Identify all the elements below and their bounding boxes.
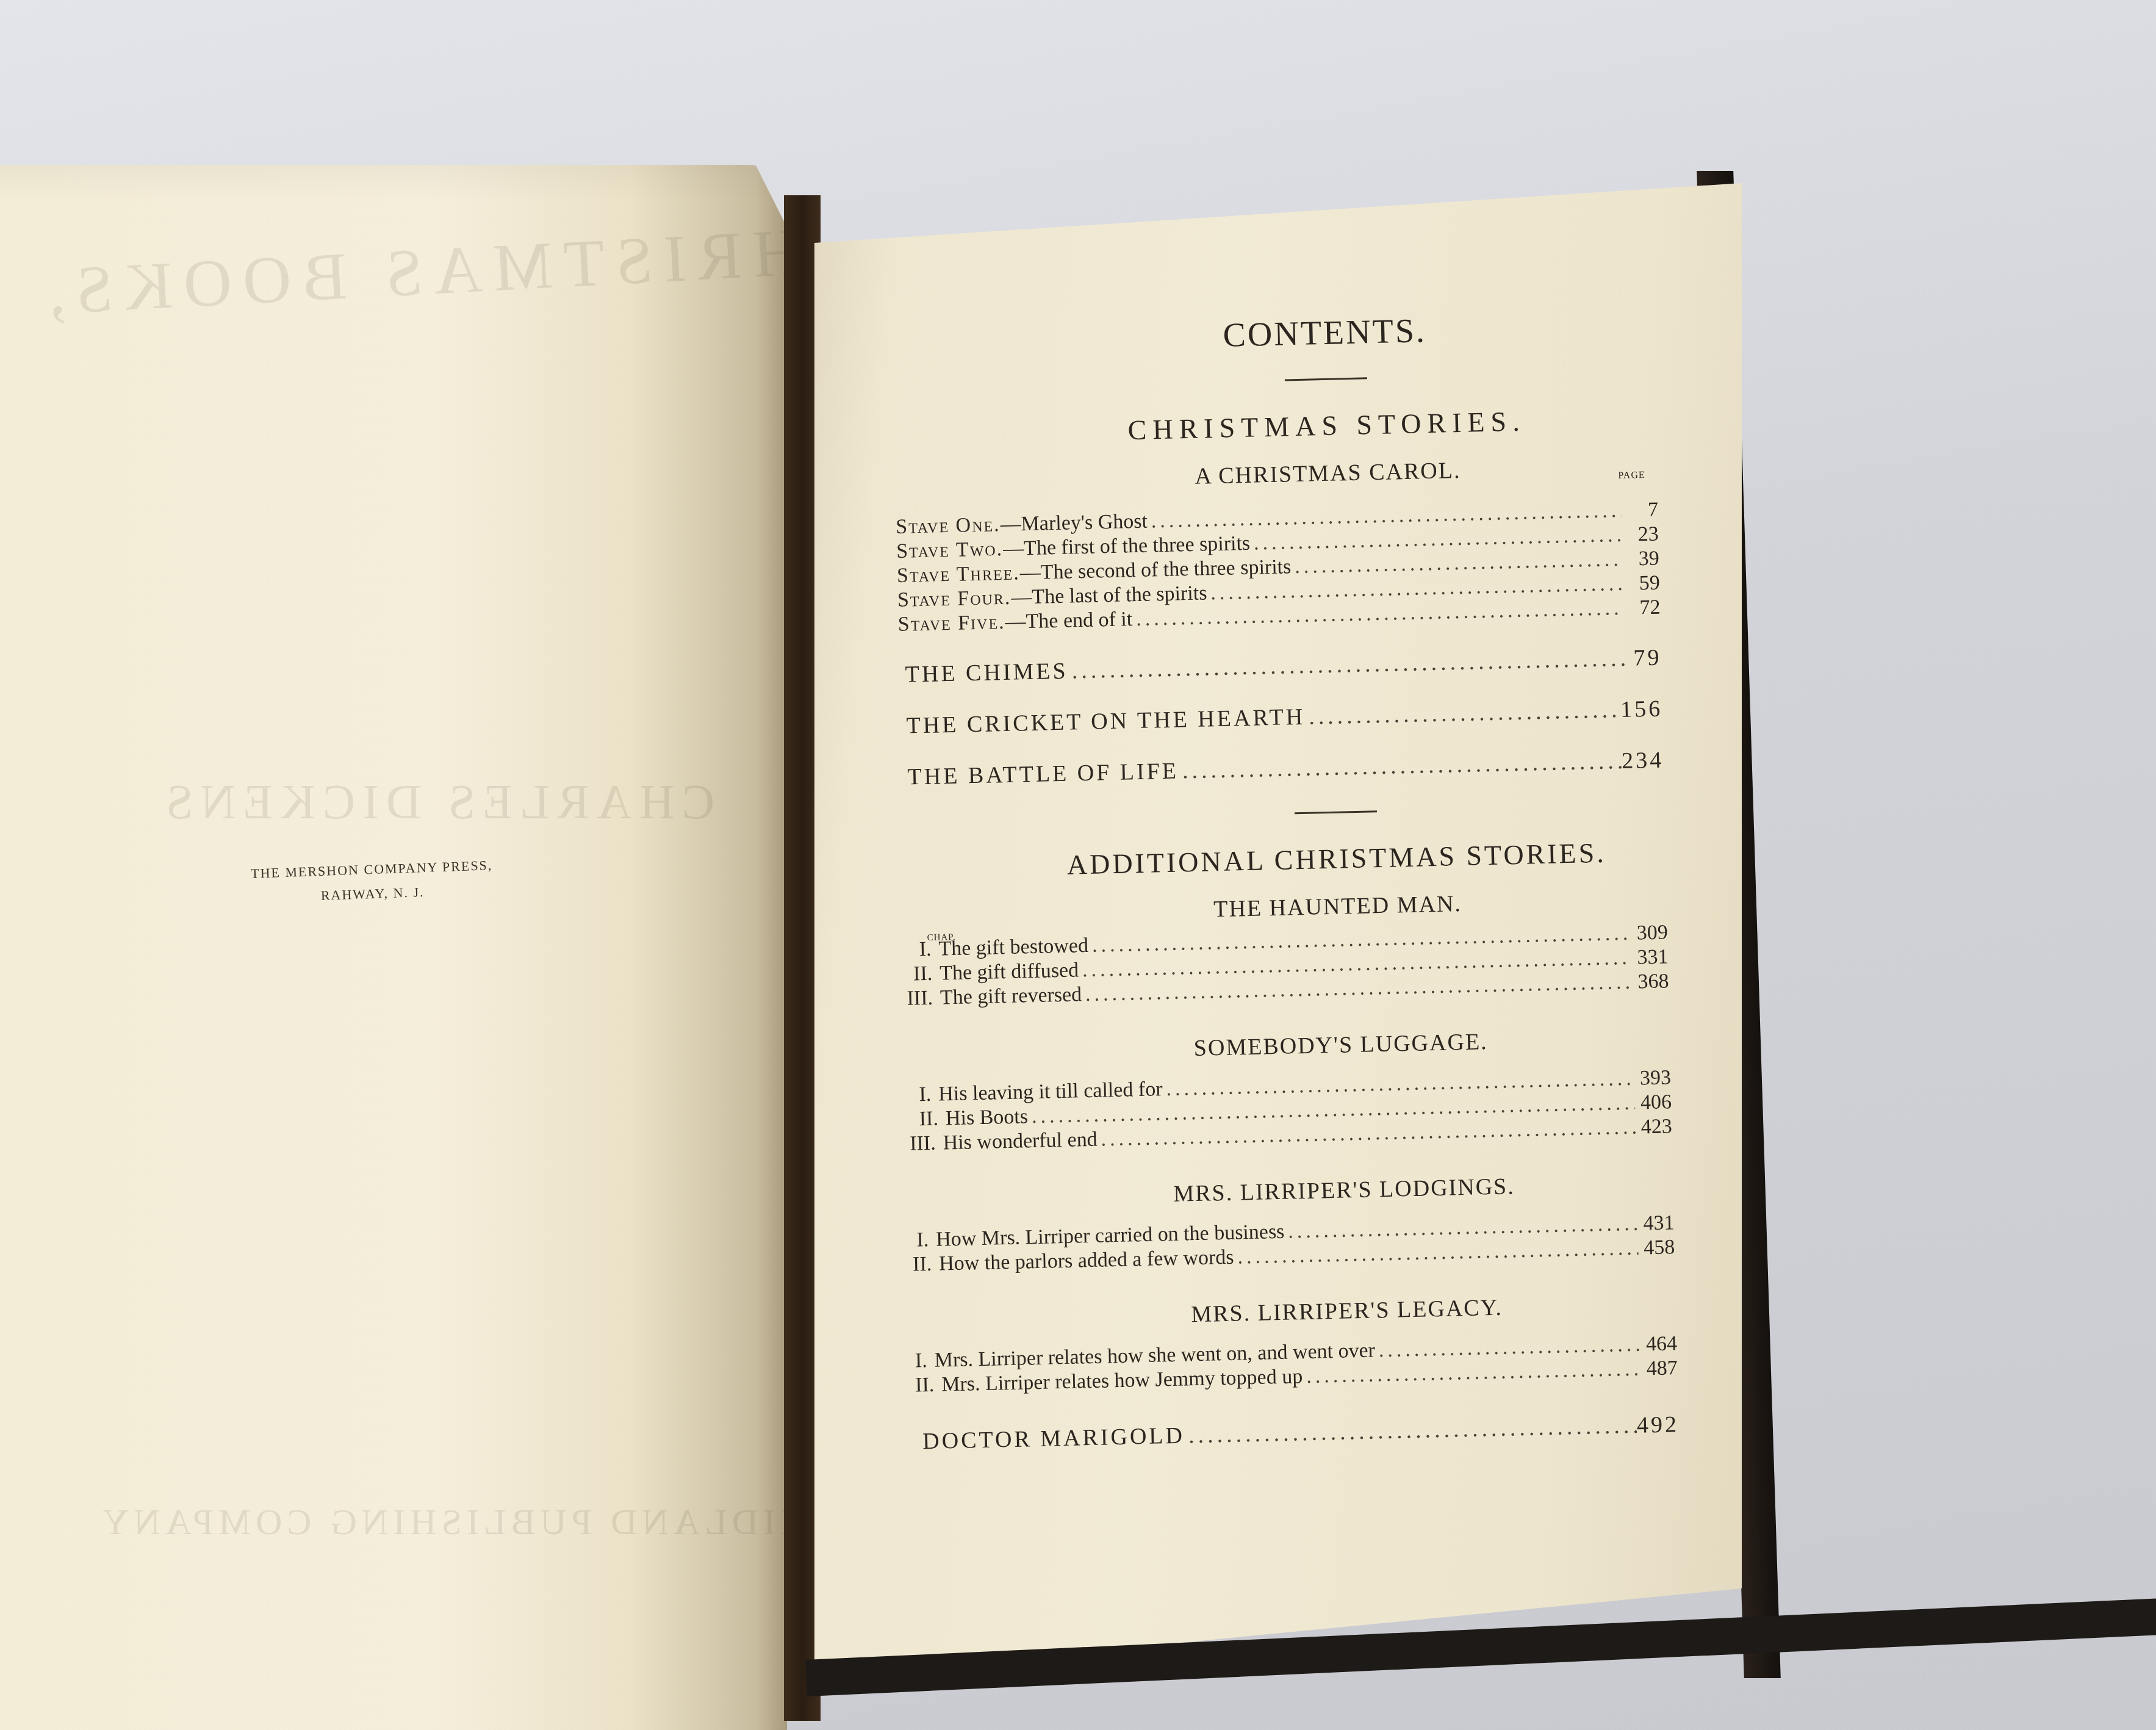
chapter-numeral: III. (906, 986, 940, 1011)
page-number: 458 (1638, 1235, 1675, 1260)
entry-title: —The last of the spirits (1011, 582, 1207, 608)
page-number: 234 (1622, 746, 1664, 774)
leader-dots (1068, 645, 1625, 685)
page-number: 7 (1621, 498, 1658, 523)
show-through-publisher: MIDLAND PUBLISHING COMPANY (98, 1501, 813, 1543)
stave-label: Stave Five. (897, 611, 1005, 636)
page-number: 487 (1640, 1356, 1678, 1381)
work-title-christmas-carol: A CHRISTMAS CAROL. PAGE (894, 450, 1761, 497)
lirriper-lodgings-entries: I. How Mrs. Lirriper carried on the busi… (911, 1208, 1778, 1277)
entry-title: —The end of it (1005, 608, 1132, 633)
stave-label: Stave Two. (896, 538, 1004, 563)
page-number: 464 (1640, 1332, 1678, 1357)
page-number: 59 (1623, 571, 1660, 596)
entry-title: —Marley's Ghost (1000, 510, 1148, 536)
page-number: 431 (1637, 1211, 1675, 1236)
page-number: 331 (1631, 945, 1669, 970)
page-number: 368 (1632, 969, 1669, 994)
toc-entry-cricket[interactable]: THE CRICKET ON THE HEARTH 156 (906, 695, 1663, 739)
section-heading-christmas-stories: CHRISTMAS STORIES. (893, 400, 1760, 452)
divider-rule (1284, 377, 1367, 381)
entry-title: THE CRICKET ON THE HEARTH (906, 704, 1305, 740)
toc-entry-battle-of-life[interactable]: THE BATTLE OF LIFE 234 (907, 746, 1664, 790)
stave-label: Stave Three. (897, 561, 1020, 587)
entry-title: THE BATTLE OF LIFE (907, 757, 1179, 790)
work-title-lirriper-lodgings: MRS. LIRRIPER'S LODGINGS. (911, 1167, 1778, 1213)
chapter-numeral: III. (910, 1131, 943, 1156)
chapter-numeral: II. (912, 1252, 939, 1277)
printer-imprint: THE MERSHON COMPANY PRESS, RAHWAY, N. J. (225, 852, 519, 912)
page-column-label: PAGE (1618, 470, 1645, 481)
page-number: 423 (1635, 1114, 1672, 1139)
section-heading-additional-stories: ADDITIONAL CHRISTMAS STORIES. (903, 833, 1770, 885)
entry-title: His wonderful end (943, 1128, 1098, 1156)
stave-label: Stave Four. (897, 586, 1012, 611)
stave-label: Stave One. (896, 513, 1001, 538)
entry-title: His Boots (945, 1105, 1028, 1131)
left-page: CHRISTMAS BOOKS, CHARLES DICKENS MIDLAND… (0, 165, 787, 1730)
entry-title: THE CHIMES (905, 658, 1068, 688)
leader-dots (1305, 696, 1621, 730)
somebodys-luggage-entries: I. His leaving it till called for 393 II… (908, 1063, 1776, 1156)
entry-title: The gift reversed (940, 982, 1082, 1010)
chapter-numeral: I. (905, 937, 939, 962)
work-title-text: A CHRISTMAS CAROL. (1195, 458, 1461, 489)
chapter-numeral: I. (911, 1228, 936, 1253)
work-title-somebodys-luggage: SOMEBODY'S LUGGAGE. (907, 1022, 1774, 1068)
show-through-author: CHARLES DICKENS (159, 775, 714, 831)
page-number: 39 (1622, 547, 1659, 572)
entry-title: The gift diffused (940, 958, 1079, 986)
chapter-numeral: II. (909, 1106, 946, 1131)
christmas-carol-entries: Stave One.—Marley's Ghost 7 Stave Two.—T… (896, 496, 1768, 791)
lirriper-legacy-entries: I. Mrs. Lirriper relates how she went on… (915, 1329, 1781, 1397)
page-number: 309 (1631, 920, 1668, 945)
page-number: 79 (1625, 644, 1662, 671)
page-number: 393 (1634, 1065, 1672, 1090)
chapter-numeral: I. (915, 1349, 935, 1374)
page-number: 72 (1623, 596, 1661, 621)
table-of-contents: CONTENTS. CHRISTMAS STORIES. A CHRISTMAS… (891, 286, 1783, 1455)
toc-entry-chimes[interactable]: THE CHIMES 79 (905, 644, 1662, 688)
page-number: 156 (1620, 695, 1663, 723)
divider-rule (1295, 810, 1377, 814)
contents-title: CONTENTS. (891, 304, 1758, 362)
page-number: 492 (1636, 1411, 1679, 1439)
chapter-numeral: II. (915, 1373, 942, 1398)
page-number: 406 (1635, 1090, 1672, 1115)
entry-title: —The first of the three spirits (1003, 532, 1251, 560)
work-title-lirriper-legacy: MRS. LIRRIPER'S LEGACY. (913, 1288, 1780, 1334)
chapter-numeral: I. (908, 1083, 939, 1108)
open-book-photo: CHRISTMAS BOOKS, CHARLES DICKENS MIDLAND… (0, 0, 2156, 1730)
page-number: 23 (1622, 522, 1659, 547)
chapter-numeral: II. (905, 961, 940, 986)
leader-dots (1179, 748, 1622, 784)
entry-title: The gift bestowed (938, 934, 1088, 962)
show-through-title: CHRISTMAS BOOKS, (35, 211, 859, 331)
